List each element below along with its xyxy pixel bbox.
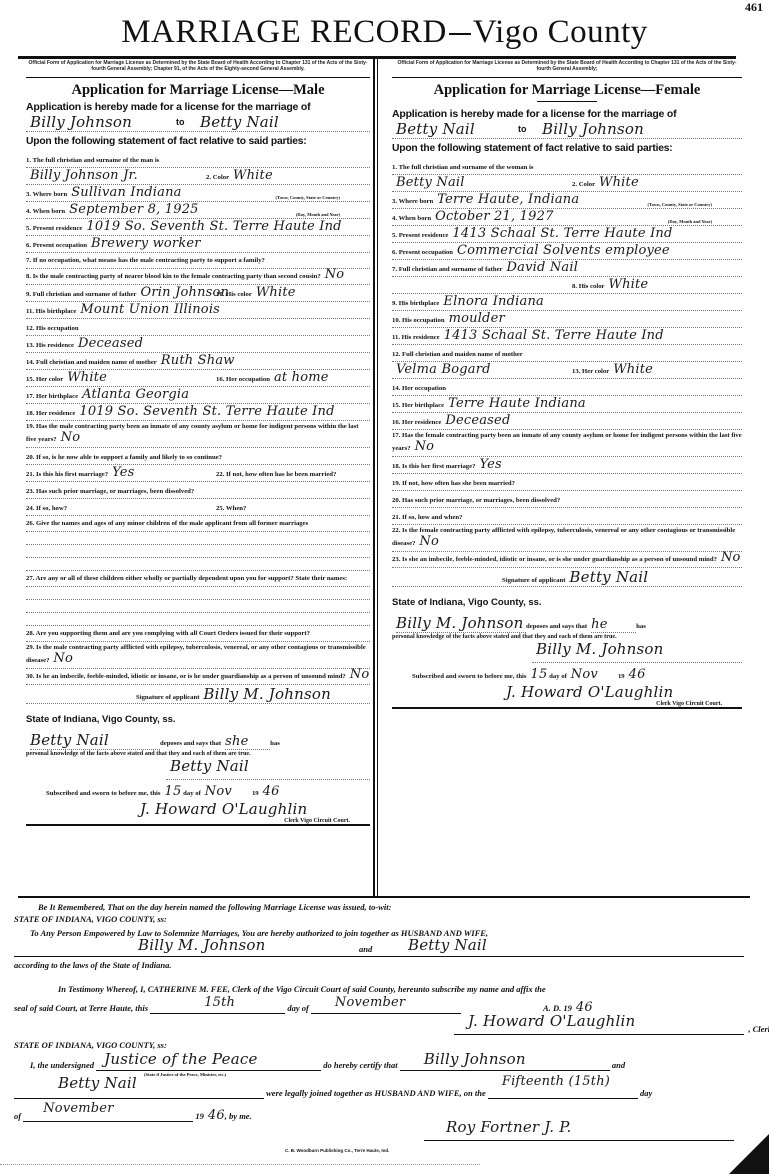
field-extra: 13. Her colorWhite <box>572 362 653 380</box>
field-number: 13. <box>26 342 34 349</box>
field-row: 9. Full christian and surname of fatherO… <box>26 285 370 302</box>
by-me-label: , by me. <box>225 1111 252 1121</box>
parties-line: Betty Nail to Billy Johnson <box>392 120 742 139</box>
according-text: according to the laws of the State of In… <box>14 960 172 970</box>
field-row: 12. Full christian and maiden name of mo… <box>392 345 742 362</box>
field-number: 18. <box>26 410 34 417</box>
field-number: 6. <box>26 242 31 249</box>
field-row: 20. If so, is he now able to support a f… <box>26 448 370 465</box>
field-number: 22. <box>392 527 400 534</box>
field-label: Her color <box>36 376 63 383</box>
field-row: 7. Full christian and surname of fatherD… <box>392 260 742 277</box>
intro-text: Application is hereby made for a license… <box>26 101 370 113</box>
field-label: If not, how often has she been married? <box>402 480 515 487</box>
clerk-title: Clerk Vigo Circuit Court. <box>26 818 370 826</box>
scan-edge <box>0 1164 480 1165</box>
field-number: 21. <box>392 514 400 521</box>
field-extra-value: White <box>233 168 273 183</box>
field-value: 1413 Schaal St. Terre Haute Ind <box>452 226 672 241</box>
field-row: 5. Present residence1019 So. Seventh St.… <box>26 219 370 236</box>
field-extra-label: 13. Her color <box>572 368 609 375</box>
undersigned-line: I, the undersigned Justice of the Peace … <box>30 1060 750 1071</box>
page-corner <box>729 1134 769 1174</box>
field-label: Has such prior marriage, or marriages, b… <box>36 488 194 495</box>
field-value: 1019 So. Seventh St. Terre Haute Ind <box>79 404 334 419</box>
to-label: to <box>518 120 527 138</box>
to-label: to <box>176 113 185 131</box>
blank-line <box>26 613 370 626</box>
field-row: Velma Bogard13. Her colorWhite <box>392 362 742 379</box>
deposition: Billy M. Johnsondeposes and says thatheh… <box>392 614 742 640</box>
field-value: 1413 Schaal St. Terre Haute Ind <box>444 328 664 343</box>
field-value: Mount Union Illinois <box>80 302 220 317</box>
field-row: 15. Her birthplaceTerre Haute Indiana <box>392 396 742 413</box>
field-number: 6. <box>392 249 397 256</box>
intro-text: Application is hereby made for a license… <box>392 108 742 120</box>
field-value: Yes <box>479 457 501 472</box>
field-row: 10. His occupationmoulder <box>392 311 742 328</box>
field-number: 12. <box>392 351 400 358</box>
field-label: Her occupation <box>402 385 446 392</box>
applicant-name: Betty Nail <box>396 120 475 138</box>
field-row: 16. Her residenceDeceased <box>392 413 742 430</box>
field-value: No <box>325 267 345 282</box>
field-row: 14. Her occupation <box>392 379 742 396</box>
field-label: His birthplace <box>399 300 440 307</box>
field-number: 20. <box>392 497 400 504</box>
certify-label: do hereby certify that <box>323 1060 397 1070</box>
year-prefix: 19 <box>252 790 259 797</box>
certificate-year: 46 <box>208 1108 225 1123</box>
page-title: MARRIAGE RECORDVigo County <box>0 14 769 51</box>
field-value: Deceased <box>78 336 143 351</box>
day-label: day <box>640 1088 652 1098</box>
field-number: 21. <box>26 471 34 478</box>
officiant-title: Justice of the Peace <box>104 1050 257 1068</box>
field-value: No <box>53 651 73 666</box>
applicant-signature: Billy M. Johnson <box>203 685 331 703</box>
female-heading: Application for Marriage License—Female <box>392 82 742 99</box>
blank-line <box>26 587 370 600</box>
field-number: 11. <box>26 308 34 315</box>
field-value: 1019 So. Seventh St. Terre Haute Ind <box>86 219 341 234</box>
field-label: His residence <box>36 342 74 349</box>
field-number: 5. <box>26 225 31 232</box>
field-extra-value: White <box>609 277 649 292</box>
clerk-signature: J. Howard O'Laughlin <box>140 800 307 818</box>
testimony-text: In Testimony Whereof, I, CATHERINE M. FE… <box>58 984 546 994</box>
field-extra: 25. When? <box>216 499 250 517</box>
field-label: Is the male contracting party afflicted … <box>26 644 366 664</box>
blank-line <box>26 545 370 558</box>
and-label: and <box>359 944 372 954</box>
field-label: Present residence <box>33 225 83 232</box>
field-row: 20. Has such prior marriage, or marriage… <box>392 491 742 508</box>
field-label: Is this her first marriage? <box>402 463 475 470</box>
printer-imprint: C. B. Woodburn Publishing Co., Terre Hau… <box>285 1148 389 1153</box>
field-row: Billy Johnson Jr.2. ColorWhite <box>26 168 370 185</box>
title-right: Vigo County <box>473 14 648 50</box>
field-label: Present occupation <box>399 249 453 256</box>
section-rule <box>18 896 750 898</box>
deponent-signature-row: Betty Nail <box>166 757 370 780</box>
field-question: 22. Is the female contracting party affl… <box>392 525 742 549</box>
field-row: 3. Where bornSullivan Indiana(Town, Coun… <box>26 185 370 202</box>
field-row: 21. If so, how and when? <box>392 508 742 525</box>
deposes-label: deposes and says that <box>160 740 221 747</box>
column-divider-inner <box>377 58 378 896</box>
license-state-line: STATE OF INDIANA, VIGO COUNTY, ss: <box>14 914 167 924</box>
field-value: Commercial Solvents employee <box>457 243 670 258</box>
field-extra-label: 10. His color <box>216 291 252 298</box>
field-number: 30. <box>26 673 34 680</box>
field-row: 24. If so, how?25. When? <box>26 499 370 516</box>
sworn-month: Nov <box>205 784 232 799</box>
field-question: 19. Has the male contracting party been … <box>26 421 370 445</box>
license-day-field: 15th <box>150 1003 285 1014</box>
field-value: Elnora Indiana <box>443 294 544 309</box>
field-number: 3. <box>392 198 397 205</box>
sworn-line: Subscribed and sworn to before me, this1… <box>26 784 370 800</box>
field-label: The full christian and surname of the ma… <box>33 157 160 164</box>
sworn-day: 15 <box>165 784 182 799</box>
field-question: 30. Is he an imbecile, feeble-minded, id… <box>26 669 370 682</box>
field-question: 26. Give the names and ages of any minor… <box>26 516 370 529</box>
field-question: 29. Is the male contracting party afflic… <box>26 642 370 666</box>
field-value: No <box>61 430 81 445</box>
field-extra-label: 25. When? <box>216 505 246 512</box>
field-number: 1. <box>26 157 31 164</box>
certificate-groom: Billy Johnson <box>424 1050 526 1068</box>
field-label: Give the names and ages of any minor chi… <box>36 520 308 527</box>
deponent-signature: Billy M. Johnson <box>536 640 664 658</box>
field-extra-label: 22. If not, how often has he been marrie… <box>216 471 336 478</box>
field-row: 1. The full christian and surname of the… <box>26 151 370 168</box>
field-value: Yes <box>112 465 134 480</box>
field-value: September 8, 1925 <box>69 202 199 217</box>
deponent-name: Betty Nail <box>30 731 160 750</box>
signature-label: Signature of applicant <box>136 694 199 701</box>
field-label: If so, how and when? <box>402 514 462 521</box>
clerk-signature: J. Howard O'Laughlin <box>506 683 673 701</box>
field-label: Full christian and surname of father <box>399 266 503 273</box>
field-row: 23. Has such prior marriage, or marriage… <box>26 482 370 499</box>
field-label: Has the female contracting party been an… <box>392 432 742 452</box>
deponent-pronoun: she <box>225 734 270 750</box>
field-label: If so, is he now able to support a famil… <box>36 454 222 461</box>
field-number: 11. <box>392 334 400 341</box>
field-label: Is he an imbecile, feeble-minded, idioti… <box>36 673 346 680</box>
field-value: Sullivan Indiana <box>71 185 181 200</box>
license-parties-line: Billy M. Johnson and Betty Nail <box>14 940 744 957</box>
field-row: 18. Her residence1019 So. Seventh St. Te… <box>26 404 370 421</box>
state-line: State of Indiana, Vigo County, ss. <box>26 714 370 725</box>
certificate-state-line: STATE OF INDIANA, VIGO COUNTY, ss: <box>14 1040 167 1050</box>
officiant-sub-label: (State if Justice of the Peace, Minister… <box>144 1072 226 1077</box>
field-question: 7. If no occupation, what means has the … <box>26 253 370 266</box>
field-label: If so, how? <box>36 505 67 512</box>
field-number: 1. <box>392 164 397 171</box>
field-number: 12. <box>26 325 34 332</box>
official-form-note: Official Form of Application for Marriag… <box>392 60 742 74</box>
field-label: Present occupation <box>33 242 87 249</box>
field-number: 17. <box>392 432 400 439</box>
field-row: 17. Her birthplaceAtlanta Georgia <box>26 387 370 404</box>
field-value: Betty Nail <box>396 175 465 190</box>
field-number: 23. <box>26 488 34 495</box>
field-row: 1. The full christian and surname of the… <box>392 158 742 175</box>
field-number: 28. <box>26 630 34 637</box>
field-number: 15. <box>392 402 400 409</box>
field-value: Terre Haute Indiana <box>448 396 586 411</box>
field-value: No <box>721 550 741 565</box>
field-extra-label: 16. Her occupation <box>216 376 270 383</box>
signature-label: Signature of applicant <box>502 577 565 584</box>
field-question: 27. Are any or all of these children eit… <box>26 571 370 584</box>
field-number: 23. <box>392 556 400 563</box>
certificate-month: November <box>43 1101 113 1116</box>
day-of-label: day of <box>287 1003 308 1013</box>
field-label: His residence <box>402 334 440 341</box>
field-label: When born <box>399 215 432 222</box>
deposes-label: deposes and says that <box>526 623 587 630</box>
clerk-label: , Clerk <box>748 1024 769 1034</box>
male-heading: Application for Marriage License—Male <box>26 82 370 99</box>
field-number: 14. <box>26 359 34 366</box>
field-extra: 2. ColorWhite <box>572 175 639 193</box>
sworn-label: Subscribed and sworn to before me, this <box>412 673 527 680</box>
field-row: 21. Is this his first marriage?Yes22. If… <box>26 465 370 482</box>
field-number: 15. <box>26 376 34 383</box>
field-number: 9. <box>26 291 31 298</box>
license-bride: Betty Nail <box>408 936 487 954</box>
field-extra: 8. His colorWhite <box>572 277 648 295</box>
deposition-line: Betty Naildeposes and says thatshehas <box>26 731 370 750</box>
field-row: 6. Present occupationBrewery worker <box>26 236 370 253</box>
official-form-note: Official Form of Application for Marriag… <box>26 60 370 74</box>
year-prefix: 19 <box>618 673 625 680</box>
knowledge-text: personal knowledge of the facts above st… <box>392 633 742 640</box>
upon-text: Upon the following statement of fact rel… <box>392 143 742 154</box>
field-value: Billy Johnson Jr. <box>30 168 138 183</box>
field-extra: 16. Her occupationat home <box>216 370 329 388</box>
divider <box>26 77 370 78</box>
field-value: No <box>419 534 439 549</box>
certificate-bride: Betty Nail <box>58 1074 137 1092</box>
field-value: David Nail <box>507 260 579 275</box>
of-label: of <box>14 1111 21 1121</box>
field-extra-value: White <box>613 362 653 377</box>
field-extra-value: at home <box>274 370 329 385</box>
field-number: 9. <box>392 300 397 307</box>
field-value: October 21, 1927 <box>435 209 553 224</box>
field-row: 11. His birthplaceMount Union Illinois <box>26 302 370 319</box>
signature-row: Signature of applicantBilly M. Johnson <box>26 685 370 704</box>
joined-line: Betty Nail were legally joined together … <box>14 1088 754 1099</box>
blank-line <box>26 558 370 571</box>
field-question: 28. Are you supporting them and are you … <box>26 626 370 639</box>
seal-text: seal of said Court, at Terre Haute, this <box>14 1003 148 1013</box>
field-label: Her residence <box>402 419 441 426</box>
field-extra: 10. His colorWhite <box>216 285 296 303</box>
field-label: Her birthplace <box>36 393 78 400</box>
field-value: No <box>415 439 435 454</box>
female-fields: 1. The full christian and surname of the… <box>392 158 742 709</box>
field-label: His birthplace <box>36 308 77 315</box>
knowledge-text: personal knowledge of the facts above st… <box>26 750 370 757</box>
field-row: 12. His occupation <box>26 319 370 336</box>
field-number: 8. <box>26 273 31 280</box>
state-line: State of Indiana, Vigo County, ss. <box>392 597 742 608</box>
field-question: 8. Is the male contracting party of near… <box>26 269 370 282</box>
remembered-text: Be It Remembered, That on the day herein… <box>38 902 391 912</box>
field-number: 27. <box>26 575 34 582</box>
field-extra-value: White <box>599 175 639 190</box>
field-number: 4. <box>392 215 397 222</box>
male-fields: 1. The full christian and surname of the… <box>26 151 370 826</box>
field-extra: 22. If not, how often has he been marrie… <box>216 465 340 483</box>
field-row: 5. Present residence1413 Schaal St. Terr… <box>392 226 742 243</box>
deponent-pronoun: he <box>591 617 636 633</box>
sworn-year: 46 <box>263 784 280 799</box>
license-clerk-line: J. Howard O'Laughlin , Clerk <box>454 1020 744 1035</box>
field-number: 17. <box>26 393 34 400</box>
license-month-field: November <box>311 1003 461 1014</box>
field-number: 3. <box>26 191 31 198</box>
deponent-name: Billy M. Johnson <box>396 614 526 633</box>
field-value: Ruth Shaw <box>161 353 235 368</box>
field-extra-value: White <box>256 285 296 300</box>
certificate-day-field: Fifteenth (15th) <box>488 1088 638 1099</box>
field-row: 3. Where bornTerre Haute, Indiana(Town, … <box>392 192 742 209</box>
license-groom: Billy M. Johnson <box>138 936 266 954</box>
field-label: Full christian and maiden name of mother <box>402 351 523 358</box>
spouse-name: Betty Nail <box>200 113 279 131</box>
field-extra-label: 8. His color <box>572 283 605 290</box>
officiant-signature: Roy Fortner J. P. <box>446 1118 571 1136</box>
undersigned-label: I, the undersigned <box>30 1060 94 1070</box>
field-label: The full christian and surname of the wo… <box>399 164 534 171</box>
field-number: 19. <box>26 423 34 430</box>
field-label: Present residence <box>399 232 449 239</box>
sworn-label: Subscribed and sworn to before me, this <box>46 790 161 797</box>
field-label: Her residence <box>36 410 75 417</box>
clerk-signature-row: J. Howard O'Laughlin <box>392 683 742 701</box>
day-of-label: day of <box>549 673 567 680</box>
field-extra: 2. ColorWhite <box>206 168 273 186</box>
field-label: When born <box>33 208 66 215</box>
spouse-name: Billy Johnson <box>542 120 644 138</box>
field-number: 24. <box>26 505 34 512</box>
field-number: 5. <box>392 232 397 239</box>
field-label: His occupation <box>36 325 79 332</box>
field-row: 13. His residenceDeceased <box>26 336 370 353</box>
deposition-line: Billy M. Johnsondeposes and says thatheh… <box>392 614 742 633</box>
clerk-title: Clerk Vigo Circuit Court. <box>392 701 742 709</box>
heading-rule <box>537 101 597 102</box>
license-month: November <box>335 995 405 1010</box>
field-label: Is the male contracting party of nearer … <box>33 273 321 280</box>
day-of-label: day of <box>183 790 201 797</box>
field-number: 4. <box>26 208 31 215</box>
signature-row: Signature of applicantBetty Nail <box>392 568 742 587</box>
blank-line <box>26 532 370 545</box>
field-row: 19. If not, how often has she been marri… <box>392 474 742 491</box>
deponent-signature: Betty Nail <box>170 757 249 775</box>
deposition: Betty Naildeposes and says thatshehasper… <box>26 731 370 757</box>
applicant-signature: Betty Nail <box>569 568 648 586</box>
officiant-signature-line: Roy Fortner J. P. <box>424 1126 734 1141</box>
field-value: Deceased <box>445 413 510 428</box>
field-question: 17. Has the female contracting party bee… <box>392 430 742 454</box>
field-label: Is this his first marriage? <box>36 471 108 478</box>
field-extra-label: 2. Color <box>572 181 595 188</box>
field-label: Are you supporting them and are you comp… <box>36 630 310 637</box>
license-clerk-signature: J. Howard O'Laughlin <box>468 1012 635 1030</box>
parties-line: Billy Johnson to Betty Nail <box>26 113 370 132</box>
sworn-year: 46 <box>629 667 646 682</box>
field-question: 23. Is she an imbecile, feeble-minded, i… <box>392 552 742 565</box>
field-number: 7. <box>26 257 31 264</box>
field-value: No <box>350 667 370 682</box>
divider <box>392 77 742 78</box>
certificate-day: Fifteenth (15th) <box>502 1074 610 1089</box>
field-label: Full christian and maiden name of mother <box>36 359 157 366</box>
field-value: Atlanta Georgia <box>82 387 189 402</box>
sworn-line: Subscribed and sworn to before me, this1… <box>392 667 742 683</box>
field-label: Is the female contracting party afflicte… <box>392 527 735 547</box>
field-row: 14. Full christian and maiden name of mo… <box>26 353 370 370</box>
field-value: White <box>67 370 107 385</box>
page-number: 461 <box>745 0 763 15</box>
field-value: Terre Haute, Indiana <box>437 192 579 207</box>
clerk-signature-row: J. Howard O'Laughlin <box>26 800 370 818</box>
sworn-month: Nov <box>571 667 598 682</box>
field-row: 6. Present occupationCommercial Solvents… <box>392 243 742 260</box>
field-row: 4. When bornSeptember 8, 1925(Day, Month… <box>26 202 370 219</box>
has-label: has <box>270 740 280 747</box>
blank-line <box>26 600 370 613</box>
field-label: His occupation <box>402 317 445 324</box>
field-row: 11. His residence1413 Schaal St. Terre H… <box>392 328 742 345</box>
female-application: Official Form of Application for Marriag… <box>392 60 742 709</box>
field-row: 15. Her colorWhite16. Her occupationat h… <box>26 370 370 387</box>
field-value: moulder <box>449 311 505 326</box>
upon-text: Upon the following statement of fact rel… <box>26 136 370 147</box>
column-divider <box>373 58 375 896</box>
officiant-title-field: Justice of the Peace <box>96 1060 321 1071</box>
field-label: Full christian and surname of father <box>33 291 137 298</box>
joined-text: were legally joined together as HUSBAND … <box>266 1088 486 1098</box>
field-number: 10. <box>392 317 400 324</box>
deponent-signature-row: Billy M. Johnson <box>532 640 742 663</box>
certificate-bride-field: Betty Nail <box>14 1088 264 1099</box>
field-extra-label: 2. Color <box>206 174 229 181</box>
field-number: 16. <box>392 419 400 426</box>
field-number: 19. <box>392 480 400 487</box>
field-row: 18. Is this her first marriage?Yes <box>392 457 742 474</box>
field-value: Velma Bogard <box>396 362 491 377</box>
field-row: 4. When bornOctober 21, 1927(Day, Month … <box>392 209 742 226</box>
field-row: Betty Nail2. ColorWhite <box>392 175 742 192</box>
sworn-day: 15 <box>531 667 548 682</box>
field-label: Where born <box>399 198 434 205</box>
and-label: and <box>612 1060 625 1070</box>
field-label: Are any or all of these children either … <box>36 575 348 582</box>
field-label: Where born <box>33 191 68 198</box>
field-label: Is she an imbecile, feeble-minded, idiot… <box>402 556 717 563</box>
certificate-groom-field: Billy Johnson <box>400 1060 610 1071</box>
